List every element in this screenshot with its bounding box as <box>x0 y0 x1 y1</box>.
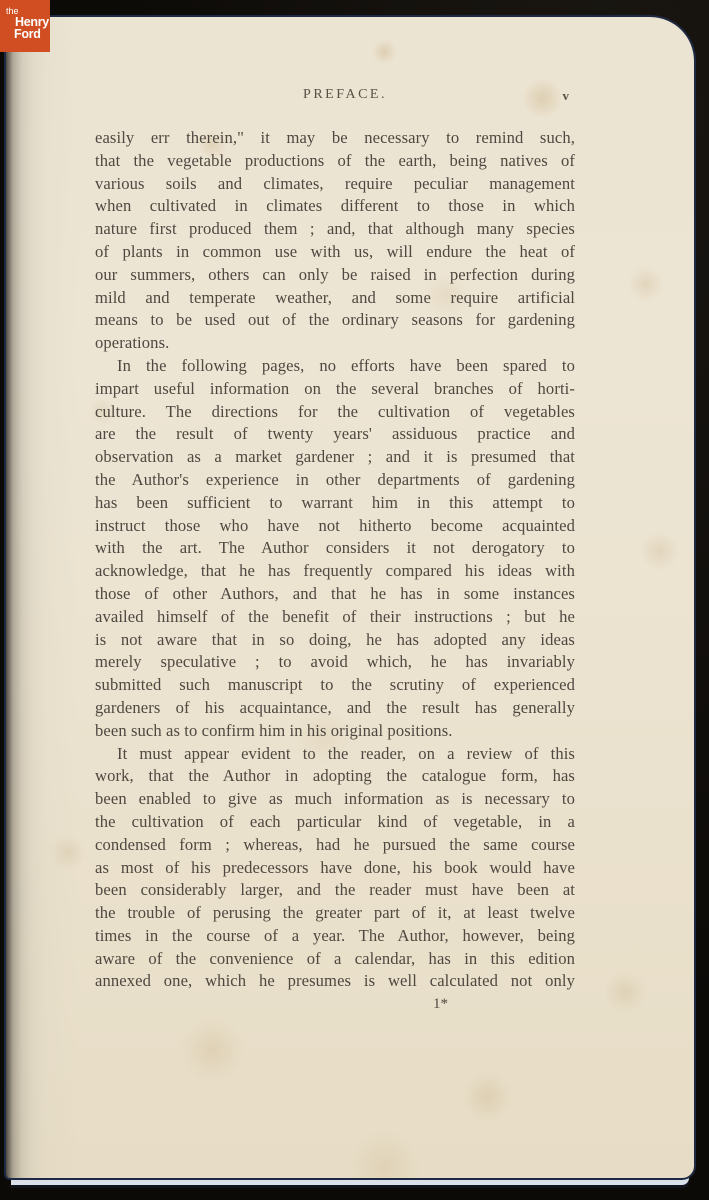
text-line: submitted such manuscript to the scrutin… <box>95 674 575 697</box>
page-number: v <box>563 88 570 104</box>
henry-ford-museum-logo: the Henry Ford <box>0 0 50 52</box>
text-line: easily err therein," it may be necessary… <box>95 127 575 150</box>
text-line: that the vegetable productions of the ea… <box>95 150 575 173</box>
text-line: times in the course of a year. The Autho… <box>95 925 575 948</box>
text-line: the trouble of perusing the greater part… <box>95 902 575 925</box>
text-line: gardeners of his acquaintance, and the r… <box>95 697 575 720</box>
text-line: operations. <box>95 332 575 355</box>
text-line: availed himself of the benefit of their … <box>95 606 575 629</box>
text-line: annexed one, which he presumes is well c… <box>95 970 575 993</box>
printed-text-area: PREFACE. v easily err therein," it may b… <box>95 87 575 1015</box>
text-line: as most of his predecessors have done, h… <box>95 857 575 880</box>
logo-word-ford: Ford <box>14 28 50 41</box>
paragraph: It must appear evident to the reader, on… <box>95 743 575 994</box>
text-line: culture. The directions for the cultivat… <box>95 401 575 424</box>
text-line: when cultivated in climates different to… <box>95 195 575 218</box>
text-line: has been sufficient to warrant him in th… <box>95 492 575 515</box>
text-line: been enabled to give as much information… <box>95 788 575 811</box>
text-line: mild and temperate weather, and some req… <box>95 287 575 310</box>
text-line: been such as to confirm him in his origi… <box>95 720 575 743</box>
text-line: condensed form ; whereas, had he pursued… <box>95 834 575 857</box>
text-line: observation as a market gardener ; and i… <box>95 446 575 469</box>
running-header: PREFACE. v <box>95 87 575 107</box>
text-line: impart useful information on the several… <box>95 378 575 401</box>
text-line: the cultivation of each particular kind … <box>95 811 575 834</box>
text-body: easily err therein," it may be necessary… <box>95 127 575 993</box>
text-line: nature first produced them ; and, that a… <box>95 218 575 241</box>
text-line: means to be used out of the ordinary sea… <box>95 309 575 332</box>
text-line: been considerably larger, and the reader… <box>95 879 575 902</box>
text-line: of plants in common use with us, will en… <box>95 241 575 264</box>
text-line: is not aware that in so doing, he has ad… <box>95 629 575 652</box>
text-line: work, that the Author in adopting the ca… <box>95 765 575 788</box>
text-line: instruct those who have not hitherto bec… <box>95 515 575 538</box>
scanned-book-page: PREFACE. v easily err therein," it may b… <box>0 0 709 1200</box>
text-line: In the following pages, no efforts have … <box>95 355 575 378</box>
paragraph: easily err therein," it may be necessary… <box>95 127 575 355</box>
text-line: those of other Authors, and that he has … <box>95 583 575 606</box>
printers-signature-mark: 1* <box>95 993 575 1015</box>
text-line: various soils and climates, require pecu… <box>95 173 575 196</box>
chapter-running-title: PREFACE. <box>95 87 575 103</box>
book-page-paper: PREFACE. v easily err therein," it may b… <box>6 17 694 1178</box>
text-line: our summers, others can only be raised i… <box>95 264 575 287</box>
text-line: aware of the convenience of a calendar, … <box>95 948 575 971</box>
text-line: It must appear evident to the reader, on… <box>95 743 575 766</box>
text-line: acknowledge, that he has frequently comp… <box>95 560 575 583</box>
text-line: merely speculative ; to avoid which, he … <box>95 651 575 674</box>
text-line: are the result of twenty years' assiduou… <box>95 423 575 446</box>
text-line: with the art. The Author considers it no… <box>95 537 575 560</box>
paragraph: In the following pages, no efforts have … <box>95 355 575 743</box>
text-line: the Author's experience in other departm… <box>95 469 575 492</box>
